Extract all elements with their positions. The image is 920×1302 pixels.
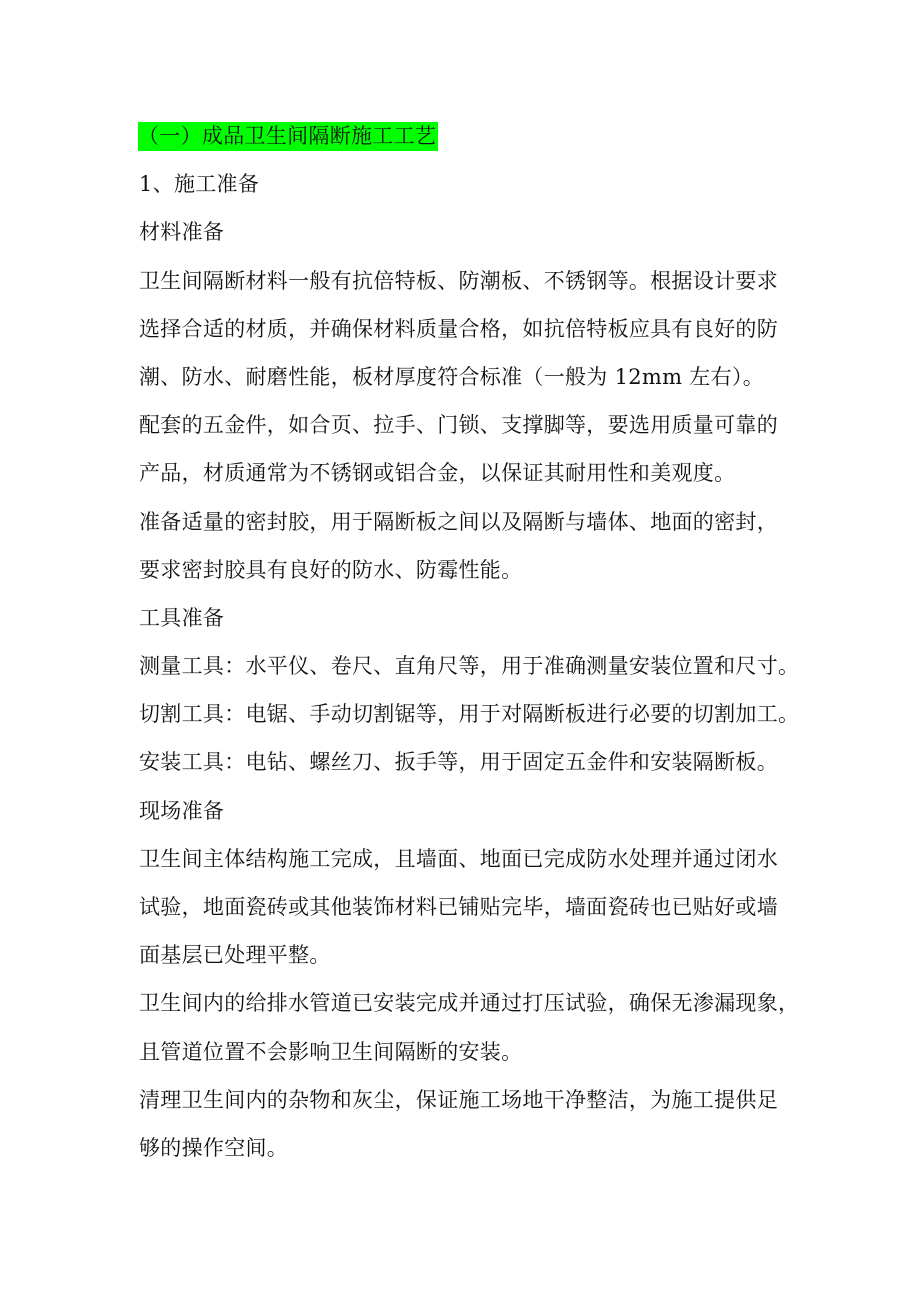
text-line: 清理卫生间内的杂物和灰尘，保证施工场地干净整洁，为施工提供足 <box>139 1076 799 1124</box>
site-prep-title: 现场准备 <box>139 787 799 835</box>
text-line: 试验，地面瓷砖或其他装饰材料已铺贴完毕，墙面瓷砖也已贴好或墙 <box>139 883 799 931</box>
document-page: （一）成品卫生间隔断施工工艺 1、施工准备 材料准备 卫生间隔断材料一般有抗倍特… <box>139 112 799 1172</box>
text-line: 要求密封胶具有良好的防水、防霉性能。 <box>139 546 799 594</box>
site-prep-paragraph-3: 清理卫生间内的杂物和灰尘，保证施工场地干净整洁，为施工提供足 够的操作空间。 <box>139 1076 799 1172</box>
section-heading-line: （一）成品卫生间隔断施工工艺 <box>139 112 799 160</box>
tool-cutting: 切割工具：电锯、手动切割锯等，用于对隔断板进行必要的切割加工。 <box>139 690 799 738</box>
text-line: 面基层已处理平整。 <box>139 931 799 979</box>
tool-prep-title: 工具准备 <box>139 594 799 642</box>
tool-installing: 安装工具：电钻、螺丝刀、扳手等，用于固定五金件和安装隔断板。 <box>139 738 799 786</box>
site-prep-paragraph-1: 卫生间主体结构施工完成，且墙面、地面已完成防水处理并通过闭水 试验，地面瓷砖或其… <box>139 835 799 980</box>
text-line: 卫生间主体结构施工完成，且墙面、地面已完成防水处理并通过闭水 <box>139 835 799 883</box>
text-line: 卫生间内的给排水管道已安装完成并通过打压试验，确保无渗漏现象， <box>139 979 799 1027</box>
text-line: 卫生间隔断材料一般有抗倍特板、防潮板、不锈钢等。根据设计要求 <box>139 257 799 305</box>
material-prep-paragraph-3: 准备适量的密封胶，用于隔断板之间以及隔断与墙体、地面的密封， 要求密封胶具有良好… <box>139 498 799 594</box>
site-prep-paragraph-2: 卫生间内的给排水管道已安装完成并通过打压试验，确保无渗漏现象， 且管道位置不会影… <box>139 979 799 1075</box>
text-line: 准备适量的密封胶，用于隔断板之间以及隔断与墙体、地面的密封， <box>139 498 799 546</box>
text-line: 配套的五金件，如合页、拉手、门锁、支撑脚等，要选用质量可靠的 <box>139 401 799 449</box>
material-prep-paragraph-1: 卫生间隔断材料一般有抗倍特板、防潮板、不锈钢等。根据设计要求 选择合适的材质，并… <box>139 257 799 402</box>
step-heading: 1、施工准备 <box>139 160 799 208</box>
text-line: 产品，材质通常为不锈钢或铝合金，以保证其耐用性和美观度。 <box>139 449 799 497</box>
text-line: 够的操作空间。 <box>139 1124 799 1172</box>
text-line: 选择合适的材质，并确保材料质量合格，如抗倍特板应具有良好的防 <box>139 305 799 353</box>
material-prep-paragraph-2: 配套的五金件，如合页、拉手、门锁、支撑脚等，要选用质量可靠的 产品，材质通常为不… <box>139 401 799 497</box>
text-line: 且管道位置不会影响卫生间隔断的安装。 <box>139 1028 799 1076</box>
text-line: 潮、防水、耐磨性能，板材厚度符合标准（一般为 12mm 左右）。 <box>139 353 799 401</box>
tool-measuring: 测量工具：水平仪、卷尺、直角尺等，用于准确测量安装位置和尺寸。 <box>139 642 799 690</box>
material-prep-title: 材料准备 <box>139 208 799 256</box>
section-heading: （一）成品卫生间隔断施工工艺 <box>138 122 438 151</box>
